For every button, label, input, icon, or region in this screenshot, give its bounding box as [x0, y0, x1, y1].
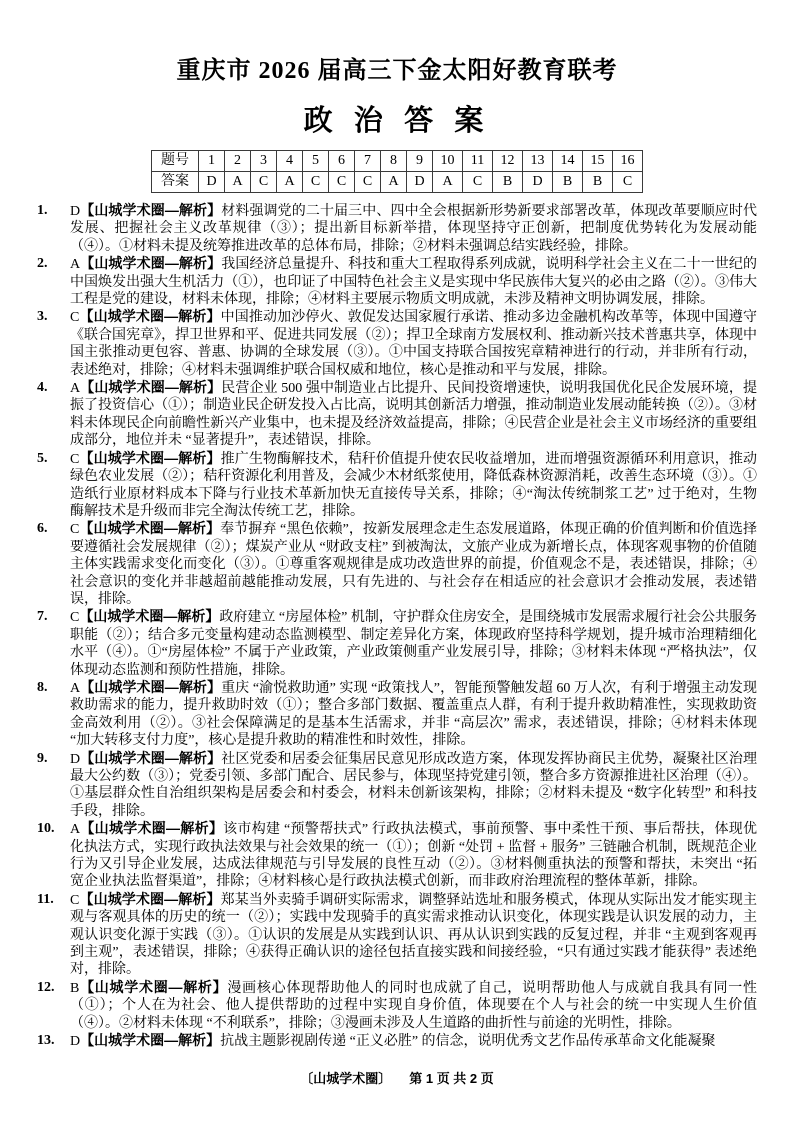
analysis-source-tag: 【山城学术圈—解析】 — [80, 202, 221, 218]
item-number: 11. — [37, 891, 54, 908]
answer-letter-cell: B — [553, 172, 583, 193]
answer-letter-cell: B — [583, 172, 613, 193]
analysis-source-tag: 【山城学术圈—解析】 — [79, 308, 220, 324]
explanation-item: 4.A【山城学术圈—解析】民营企业 500 强中制造业占比提升、民间投资增速快，… — [37, 379, 757, 450]
answer-letter-cell: D — [523, 172, 553, 193]
answer-key-page: 重庆市 2026 届高三下金太阳好教育联考 政 治 答 案 题号 1234567… — [0, 0, 794, 1051]
item-answer-letter: A — [70, 381, 80, 396]
item-number: 5. — [37, 450, 48, 467]
question-number-cell: 15 — [583, 151, 613, 172]
analysis-source-tag: 【山城学术圈—解析】 — [79, 520, 220, 536]
answer-letter-cell: A — [433, 172, 463, 193]
item-answer-letter: C — [70, 610, 79, 625]
analysis-source-tag: 【山城学术圈—解析】 — [80, 820, 223, 836]
explanation-list: 1.D【山城学术圈—解析】材料强调党的二十届三中、四中全会根据新形势新要求部署改… — [37, 202, 757, 1051]
analysis-source-tag: 【山城学术圈—解析】 — [80, 750, 221, 766]
explanation-item: 5.C【山城学术圈—解析】推广生物酶解技术，秸秆价值提升使农民收益增加，进而增强… — [37, 450, 757, 521]
answer-row-header: 答案 — [152, 172, 199, 193]
item-number: 10. — [37, 820, 55, 837]
analysis-source-tag: 【山城学术圈—解析】 — [79, 608, 219, 624]
page-title: 重庆市 2026 届高三下金太阳好教育联考 — [37, 50, 757, 85]
item-number: 12. — [37, 979, 55, 996]
item-answer-letter: C — [70, 893, 79, 908]
item-number: 7. — [37, 608, 48, 625]
answer-letter-cell: C — [303, 172, 329, 193]
explanation-item: 10.A【山城学术圈—解析】该市构建 “预警帮扶式” 行政执法模式，事前预警、事… — [37, 820, 757, 891]
item-answer-letter: A — [70, 822, 80, 837]
item-answer-letter: C — [70, 452, 79, 467]
question-number-cell: 5 — [303, 151, 329, 172]
question-number-cell: 8 — [381, 151, 407, 172]
analysis-source-tag: 【山城学术圈—解析】 — [79, 979, 227, 995]
question-number-cell: 16 — [613, 151, 643, 172]
answer-letter-cell: D — [199, 172, 225, 193]
analysis-source-tag: 【山城学术圈—解析】 — [79, 450, 220, 466]
answer-letter-cell: C — [355, 172, 381, 193]
question-number-cell: 9 — [407, 151, 433, 172]
answer-letter-cell: C — [613, 172, 643, 193]
explanation-item: 11.C【山城学术圈—解析】郑某当外卖骑手调研实际需求，调整驿站选址和服务模式，… — [37, 891, 757, 979]
question-number-cell: 7 — [355, 151, 381, 172]
question-number-cell: 6 — [329, 151, 355, 172]
explanation-item: 12.B【山城学术圈—解析】漫画核心体现帮助他人的同时也成就了自己，说明帮助他人… — [37, 979, 757, 1032]
footer-brand: 〔山城学术圈〕 — [300, 1071, 391, 1086]
answer-letter-cell: A — [225, 172, 251, 193]
item-answer-letter: C — [70, 310, 79, 325]
answer-letter-cell: D — [407, 172, 433, 193]
analysis-source-tag: 【山城学术圈—解析】 — [80, 255, 221, 271]
question-number-cell: 2 — [225, 151, 251, 172]
number-row-header: 题号 — [152, 151, 199, 172]
item-answer-letter: D — [70, 752, 80, 767]
answer-letter-cell: C — [463, 172, 493, 193]
answer-letter-cell: B — [493, 172, 523, 193]
explanation-item: 7.C【山城学术圈—解析】政府建立 “房屋体检” 机制，守护群众住房安全，是围绕… — [37, 608, 757, 679]
item-answer-letter: A — [70, 681, 80, 696]
analysis-source-tag: 【山城学术圈—解析】 — [79, 891, 220, 907]
item-answer-letter: D — [70, 204, 80, 219]
item-number: 3. — [37, 308, 48, 325]
answer-letter-cell: C — [251, 172, 277, 193]
item-number: 9. — [37, 750, 48, 767]
explanation-item: 9.D【山城学术圈—解析】社区党委和居委会征集居民意见形成改造方案，体现发挥协商… — [37, 750, 757, 821]
question-number-cell: 13 — [523, 151, 553, 172]
answer-table: 题号 12345678910111213141516 答案 DACACCCADA… — [151, 150, 643, 193]
answer-table-answer-row: 答案 DACACCCADACBDBBC — [152, 172, 643, 193]
explanation-item: 2.A【山城学术圈—解析】我国经济总量提升、科技和重大工程取得系列成就，说明科学… — [37, 255, 757, 308]
explanation-item: 3.C【山城学术圈—解析】中国推动加沙停火、敦促发达国家履行承诺、推动多边金融机… — [37, 308, 757, 379]
footer-page-number: 第 1 页 共 2 页 — [409, 1071, 494, 1086]
explanation-item: 6.C【山城学术圈—解析】奉节摒弃 “黑色依赖”，按新发展理念走生态发展道路，体… — [37, 520, 757, 608]
item-answer-letter: C — [70, 522, 79, 537]
item-answer-letter: B — [70, 981, 79, 996]
analysis-source-tag: 【山城学术圈—解析】 — [80, 1032, 220, 1048]
analysis-source-tag: 【山城学术圈—解析】 — [80, 379, 221, 395]
question-number-cell: 3 — [251, 151, 277, 172]
answer-table-number-row: 题号 12345678910111213141516 — [152, 151, 643, 172]
question-number-cell: 10 — [433, 151, 463, 172]
question-number-cell: 14 — [553, 151, 583, 172]
explanation-item: 8.A【山城学术圈—解析】重庆 “渝悦救助通” 实现 “政策找人”，智能预警触发… — [37, 679, 757, 750]
answer-letter-cell: A — [277, 172, 303, 193]
item-answer-letter: A — [70, 257, 80, 272]
item-number: 13. — [37, 1032, 55, 1049]
item-explanation-text: 抗战主题影视剧传递 “正义必胜” 的信念，说明优秀文艺作品传承革命文化能凝聚 — [220, 1034, 715, 1049]
question-number-cell: 12 — [493, 151, 523, 172]
item-number: 6. — [37, 520, 48, 537]
subject-subtitle: 政 治 答 案 — [37, 98, 757, 139]
explanation-item: 13.D【山城学术圈—解析】抗战主题影视剧传递 “正义必胜” 的信念，说明优秀文… — [37, 1032, 757, 1050]
analysis-source-tag: 【山城学术圈—解析】 — [80, 679, 221, 695]
question-number-cell: 1 — [199, 151, 225, 172]
item-number: 1. — [37, 202, 48, 219]
item-answer-letter: D — [70, 1034, 80, 1049]
item-number: 2. — [37, 255, 48, 272]
item-number: 8. — [37, 679, 48, 696]
item-number: 4. — [37, 379, 48, 396]
answer-letter-cell: A — [381, 172, 407, 193]
page-footer: 〔山城学术圈〕第 1 页 共 2 页 — [0, 1068, 794, 1087]
answer-letter-cell: C — [329, 172, 355, 193]
explanation-item: 1.D【山城学术圈—解析】材料强调党的二十届三中、四中全会根据新形势新要求部署改… — [37, 202, 757, 255]
question-number-cell: 11 — [463, 151, 493, 172]
question-number-cell: 4 — [277, 151, 303, 172]
